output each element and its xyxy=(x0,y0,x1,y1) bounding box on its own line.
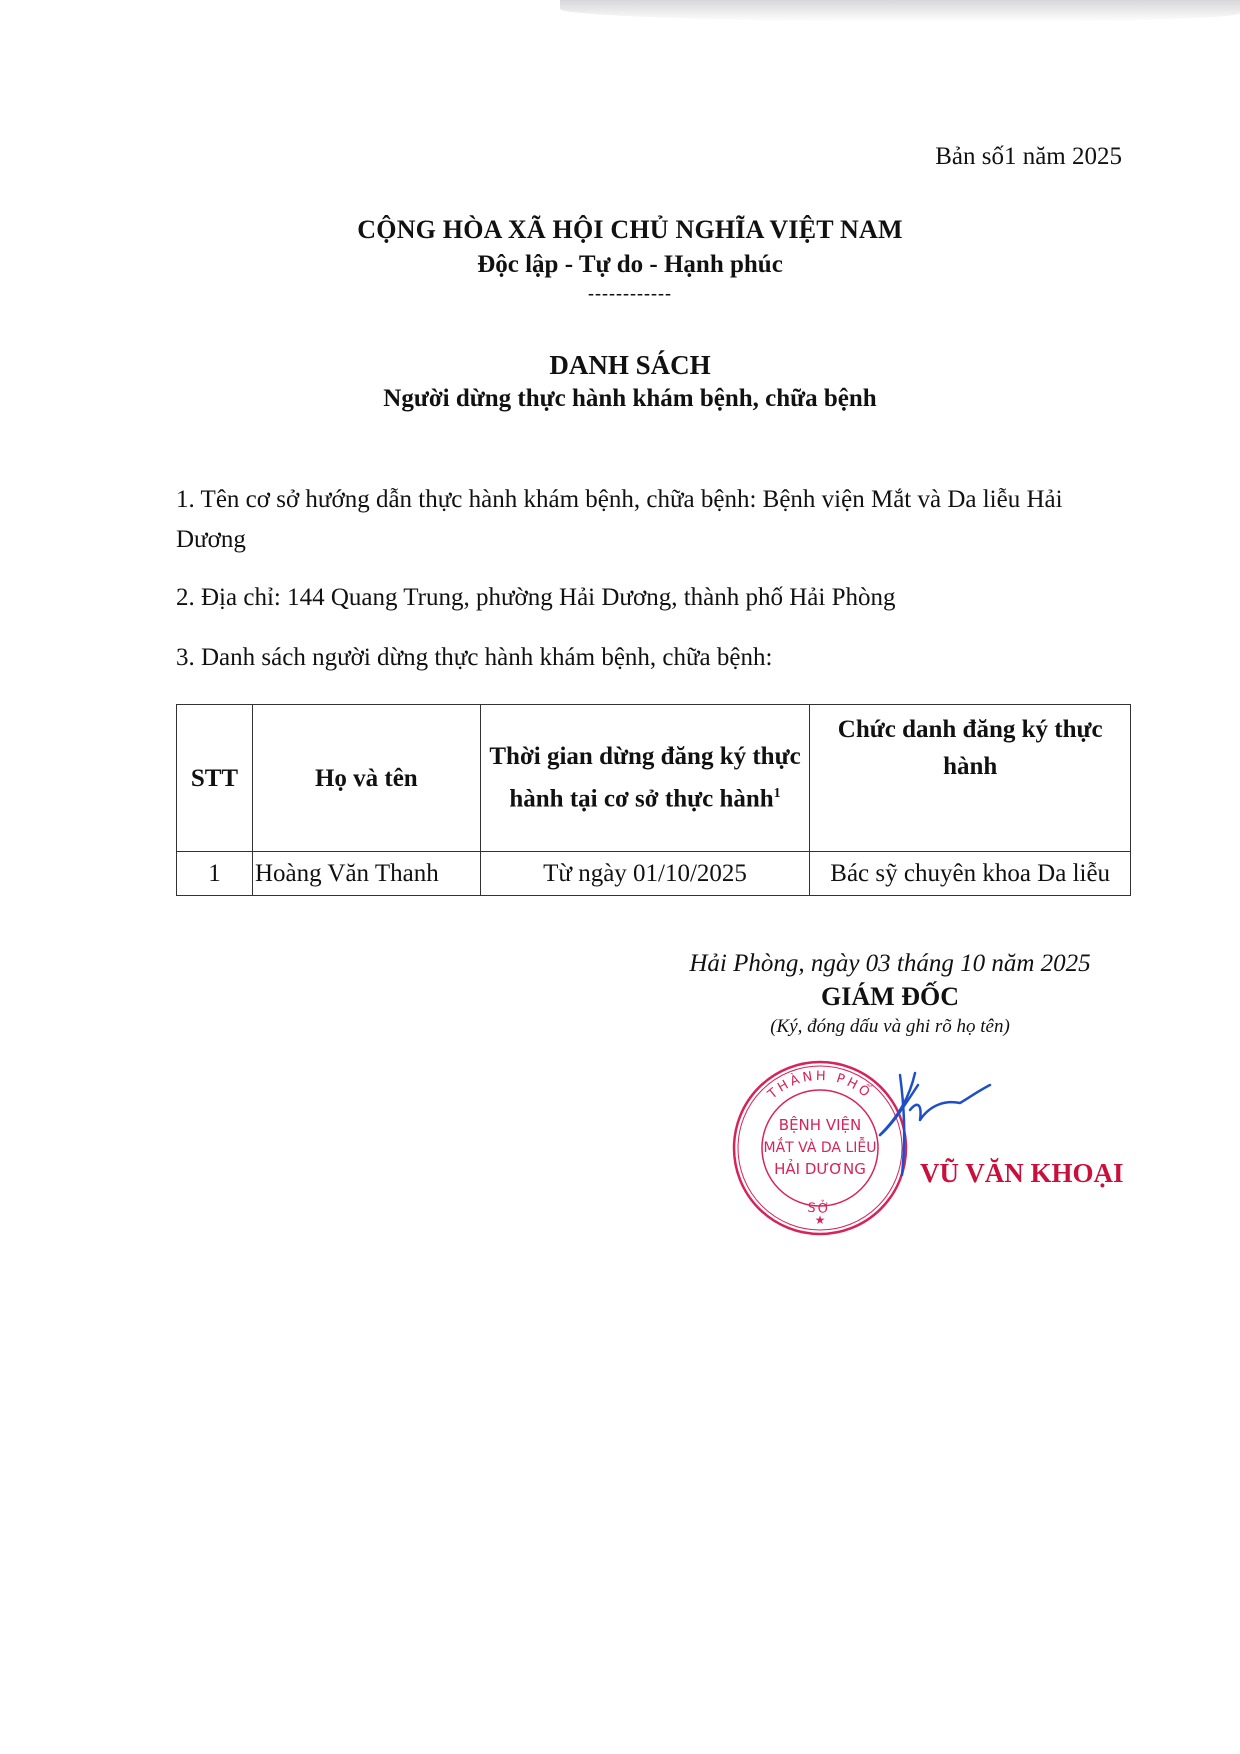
header-name: Họ và tên xyxy=(252,705,480,852)
stamp-line-1: BỆNH VIỆN xyxy=(779,1115,861,1134)
stamp-star: ★ xyxy=(815,1213,826,1227)
cell-title: Bác sỹ chuyên khoa Da liễu xyxy=(810,852,1131,896)
facility-address: 2. Địa chỉ: 144 Quang Trung, phường Hải … xyxy=(176,578,1106,618)
nation-name: CỘNG HÒA XÃ HỘI CHỦ NGHĨA VIỆT NAM xyxy=(0,215,1240,245)
copy-number: Bản số1 năm 2025 xyxy=(935,143,1122,171)
document-subtitle: Người dừng thực hành khám bệnh, chữa bện… xyxy=(0,385,1240,413)
list-heading: 3. Danh sách người dừng thực hành khám b… xyxy=(176,638,1106,678)
stamp-line-2: MẮT VÀ DA LIỄU xyxy=(764,1137,877,1156)
header-stt: STT xyxy=(177,705,253,852)
cell-stop-time: Từ ngày 01/10/2025 xyxy=(480,852,810,896)
header-stop-time-label: Thời gian dừng đăng ký thực hành tại cơ … xyxy=(489,743,800,812)
signature-note: (Ký, đóng dấu và ghi rõ họ tên) xyxy=(650,1016,1130,1038)
table-header-row: STT Họ và tên Thời gian dừng đăng ký thự… xyxy=(177,705,1131,852)
cell-name: Hoàng Văn Thanh xyxy=(252,852,480,896)
cell-stt: 1 xyxy=(177,852,253,896)
signer-role: GIÁM ĐỐC xyxy=(650,982,1130,1012)
scan-shadow xyxy=(560,0,1240,22)
facility-name: 1. Tên cơ sở hướng dẫn thực hành khám bệ… xyxy=(176,480,1106,560)
place-date: Hải Phòng, ngày 03 tháng 10 năm 2025 xyxy=(650,950,1130,978)
header-stop-time: Thời gian dừng đăng ký thực hành tại cơ … xyxy=(480,705,810,852)
footnote-marker: 1 xyxy=(774,786,781,801)
document-title: DANH SÁCH xyxy=(0,350,1240,381)
document-title-block: DANH SÁCH Người dừng thực hành khám bệnh… xyxy=(0,350,1240,413)
signature-block: Hải Phòng, ngày 03 tháng 10 năm 2025 GIÁ… xyxy=(650,950,1130,1038)
national-motto: Độc lập - Tự do - Hạnh phúc xyxy=(0,251,1240,279)
stamp-line-3: HẢI DƯƠNG xyxy=(774,1158,866,1178)
stamp-outer-top: THÀNH PHỐ xyxy=(765,1069,876,1103)
header-separator: ------------ xyxy=(0,283,1240,304)
table-row: 1 Hoàng Văn Thanh Từ ngày 01/10/2025 Bác… xyxy=(177,852,1131,896)
svg-text:THÀNH PHỐ: THÀNH PHỐ xyxy=(765,1069,876,1103)
national-header: CỘNG HÒA XÃ HỘI CHỦ NGHĨA VIỆT NAM Độc l… xyxy=(0,215,1240,304)
signer-name: VŨ VĂN KHOẠI xyxy=(920,1158,1124,1189)
header-title: Chức danh đăng ký thực hành xyxy=(810,705,1131,852)
practitioner-table: STT Họ và tên Thời gian dừng đăng ký thự… xyxy=(176,704,1131,896)
